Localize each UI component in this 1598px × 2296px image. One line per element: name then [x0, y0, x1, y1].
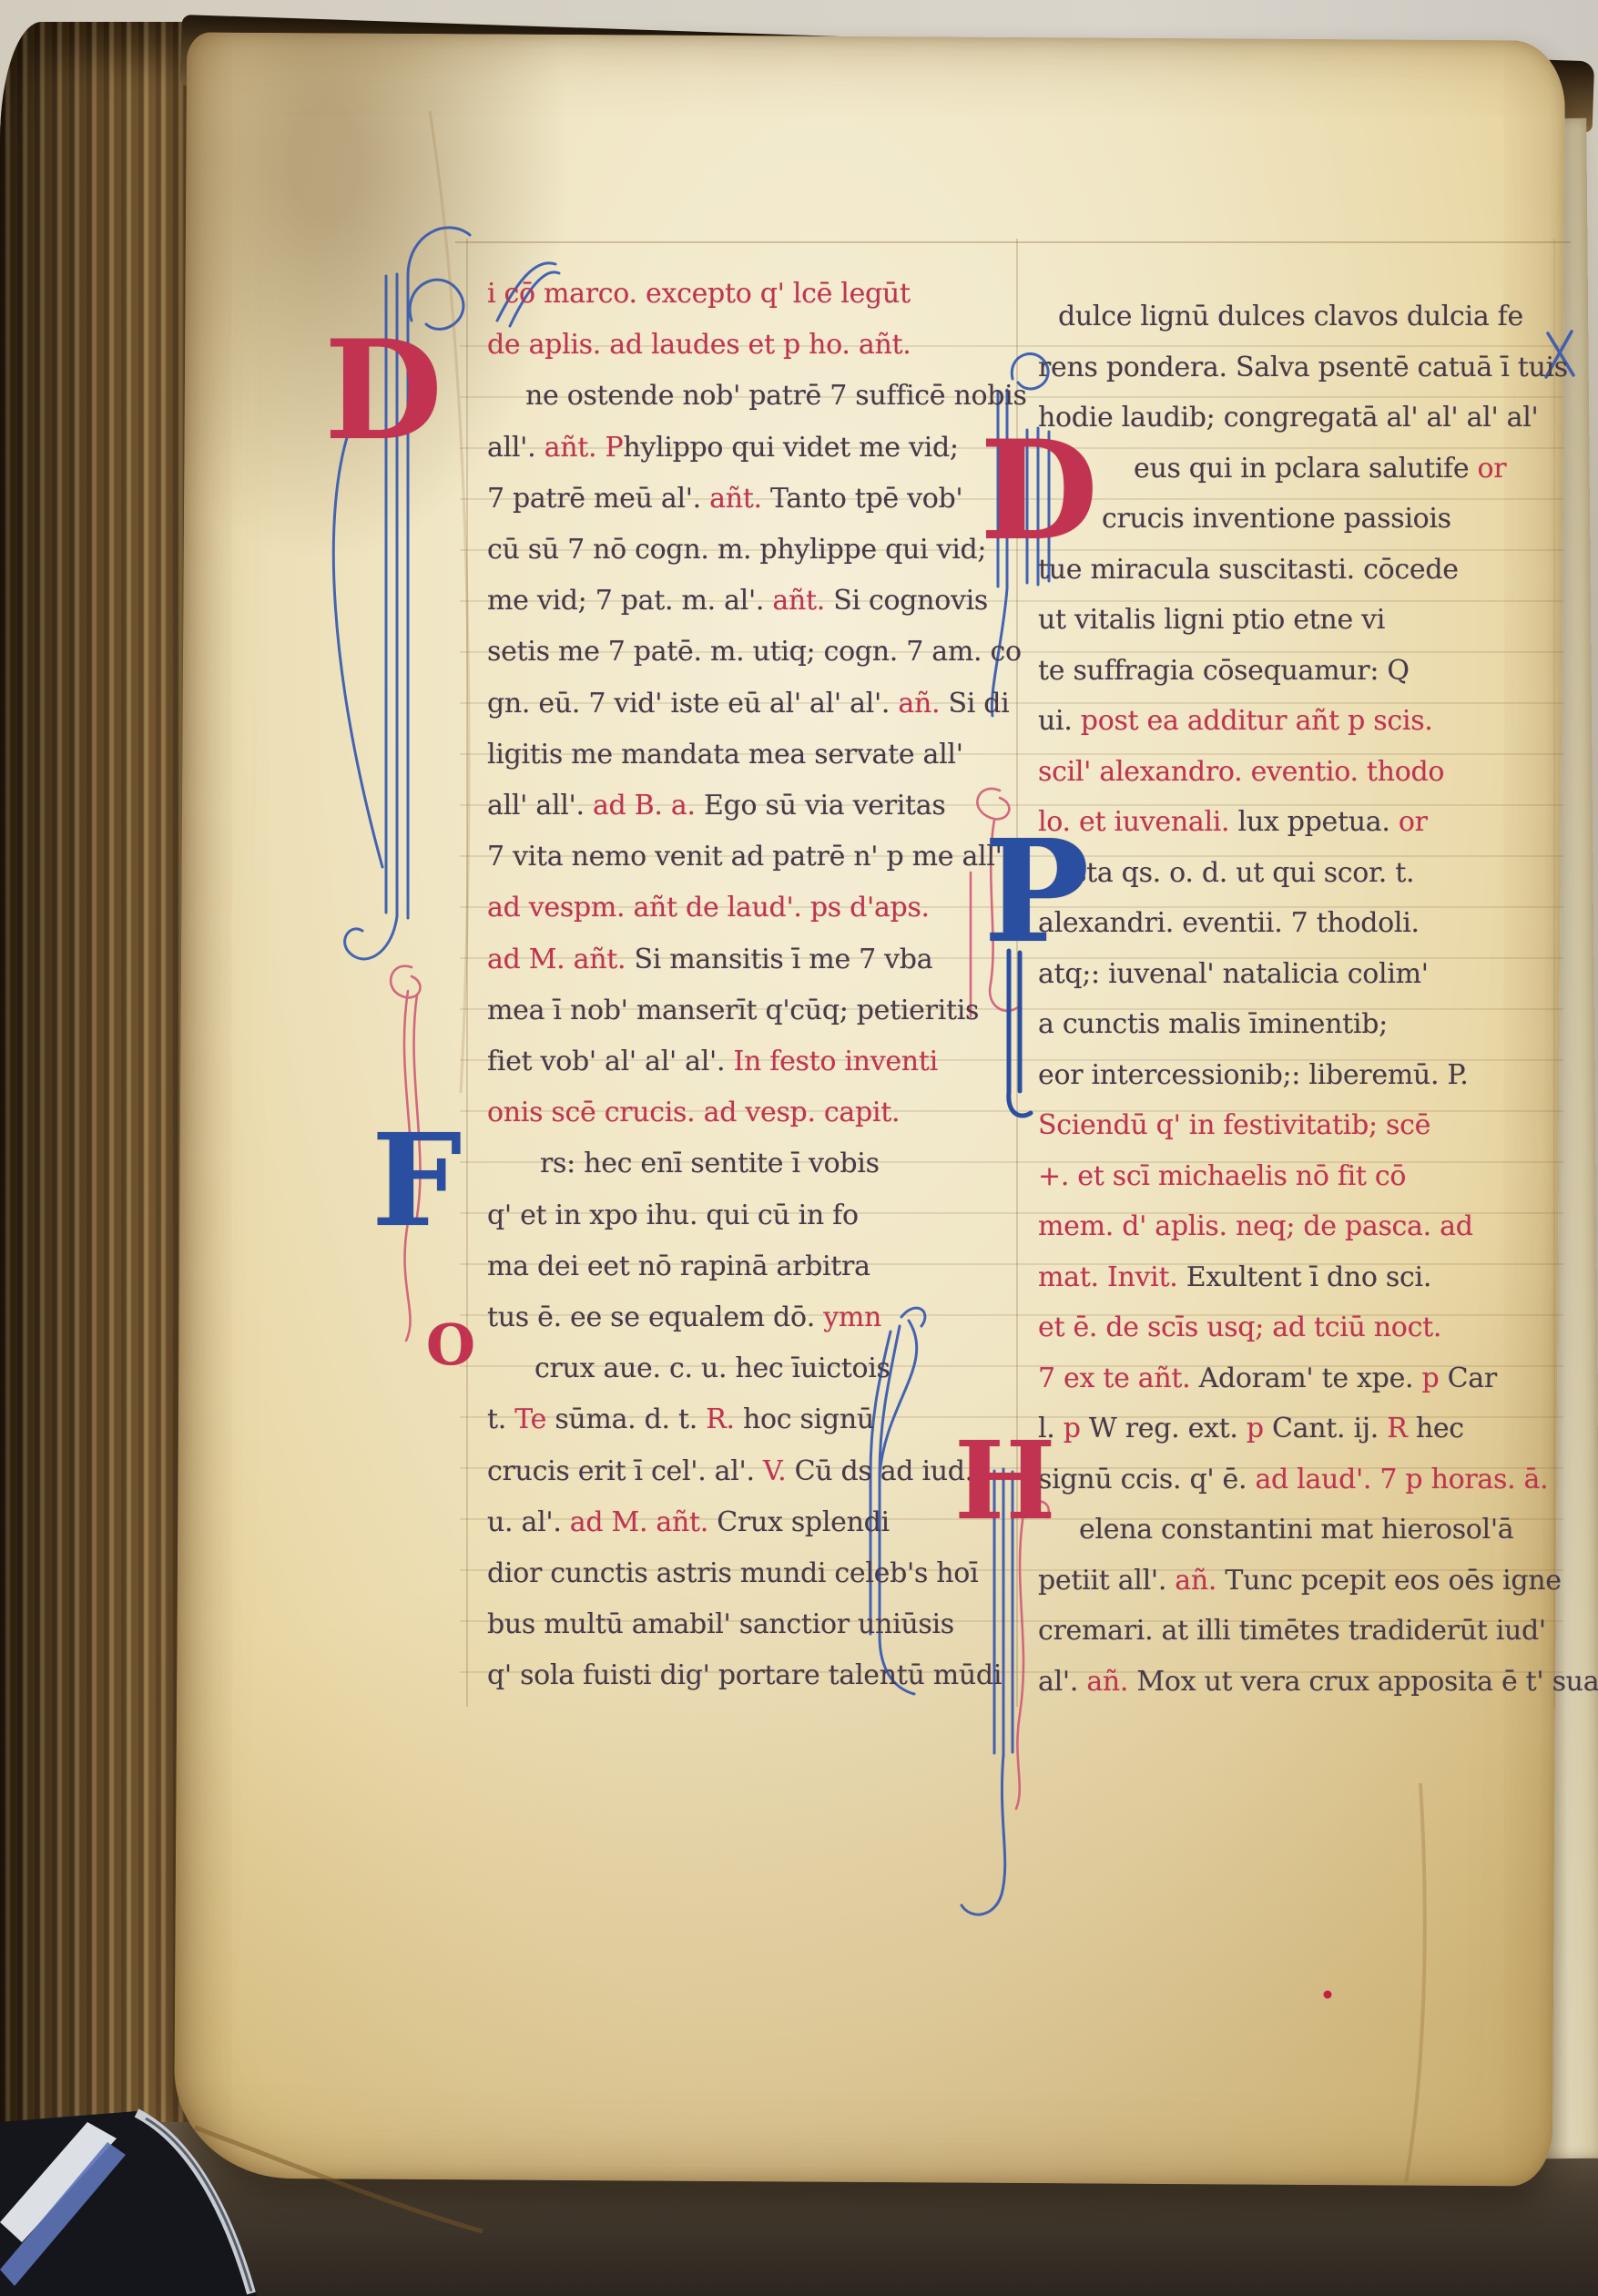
text-run: i cō marco. excepto q' lcē legūt [487, 278, 911, 310]
text-line: all' all'. ad B. a. Ego sū via veritas [487, 785, 945, 827]
text-line: al'. añ. Mox ut vera crux apposita ē t' … [1038, 1661, 1598, 1703]
text-line: ne ostende nob' patrē 7 sufficē nobis [525, 375, 1027, 417]
text-line: fiet vob' al' al' al'. In festo inventi [487, 1041, 938, 1083]
text-run: p [1064, 1413, 1089, 1444]
text-run: ad B. a. [593, 790, 704, 821]
text-line: +. et scī michaelis nō fit cō [1038, 1156, 1406, 1198]
text-run: hodie laudib; congregatā al' al' al' al' [1038, 402, 1539, 434]
text-line: l. p W reg. ext. p Cant. ij. R hec [1038, 1408, 1464, 1450]
text-line: scil' alexandro. eventio. thodo [1038, 751, 1444, 793]
text-line: hodie laudib; congregatā al' al' al' al' [1038, 397, 1539, 439]
illuminated-initial-D: D [980, 435, 1098, 547]
text-line: petiit all'. añ. Tunc pcepit eos oēs ign… [1038, 1560, 1562, 1602]
text-run: Mox ut vera crux apposita ē t' sua [1136, 1666, 1598, 1698]
text-line: setis me 7 patē. m. utiq; cogn. 7 am. co [487, 631, 1022, 673]
text-line: atq;: iuvenal' natalicia colim' [1038, 954, 1429, 995]
text-line: signū ccis. q' ē. ad laud'. 7 p horas. ā… [1038, 1459, 1548, 1501]
text-run: Cū ds ad iud. [795, 1455, 973, 1487]
text-run: Adoram' te xpe. [1199, 1362, 1422, 1394]
text-run: Exultent ī dno sci. [1186, 1261, 1431, 1293]
text-line: rs: hec enī sentite ī vobis [540, 1143, 880, 1185]
text-line: dulce lignū dulces clavos dulcia fe [1058, 296, 1523, 338]
text-line: mat. Invit. Exultent ī dno sci. [1038, 1257, 1431, 1299]
text-run: sūma. d. t. [555, 1403, 706, 1435]
text-run: crux aue. c. u. hec īuictois [534, 1352, 891, 1384]
text-run: R. [706, 1403, 743, 1435]
text-run: elena constantini mat hierosol'ā [1079, 1514, 1513, 1546]
text-run: Crux splendi [717, 1506, 890, 1538]
illuminated-initial-H: H [954, 1437, 1056, 1526]
illuminated-initial-O: O [426, 1322, 475, 1369]
text-run: hoc signū [743, 1403, 874, 1435]
text-run: mat. Invit. [1038, 1261, 1186, 1293]
text-run: q' et in xpo ihu. qui cū in fo [487, 1199, 859, 1231]
text-run: all'. [487, 432, 545, 464]
text-run: tus ē. ee se equalem dō. [487, 1301, 823, 1333]
text-line: dior cunctis astris mundi celeb's hoī [487, 1553, 978, 1595]
text-line: Sciendū q' in festivitatib; scē [1038, 1105, 1430, 1147]
text-line: tue miracula suscitasti. cōcede [1038, 549, 1459, 591]
text-run: rs: hec enī sentite ī vobis [540, 1148, 880, 1179]
text-run: Si mansitis ī me 7 vba [634, 944, 932, 975]
ruling-vertical-right [1553, 239, 1555, 1707]
text-run: rens pondera. Salva psentē catuā ī tuis [1038, 352, 1568, 383]
text-run: ne ostende nob' patrē 7 sufficē nobis [525, 380, 1027, 412]
text-run: In festo inventi [733, 1046, 937, 1077]
text-line: ad M. añt. Si mansitis ī me 7 vba [487, 939, 932, 981]
text-line: crucis inventione passiois [1102, 498, 1451, 540]
text-run: mea ī nob' manserīt q'cūq; petieritis [487, 995, 979, 1026]
text-run: t. [487, 1403, 514, 1435]
ruling-top-line [455, 241, 1571, 243]
text-run: cremari. at illi timētes tradiderūt iud' [1038, 1615, 1546, 1647]
text-line: onis scē crucis. ad vesp. capit. [487, 1092, 900, 1134]
text-line: cū sū 7 nō cogn. m. phylippe qui vid; [487, 529, 986, 571]
text-run: eor intercessionib;: liberemū. P. [1038, 1059, 1468, 1091]
text-run: mem. d' aplis. neq; de pasca. ad [1038, 1210, 1473, 1242]
text-run: dior cunctis astris mundi celeb's hoī [487, 1557, 978, 1589]
text-run: Cant. ij. [1272, 1413, 1387, 1444]
text-run: añt. [772, 585, 833, 617]
text-line: ligitis me mandata mea servate all' [487, 734, 963, 776]
text-line: bus multū amabil' sanctior uniūsis [487, 1604, 954, 1646]
text-run: a cunctis malis īminentib; [1038, 1008, 1388, 1040]
text-line: mem. d' aplis. neq; de pasca. ad [1038, 1206, 1473, 1248]
text-run: W reg. ext. [1089, 1413, 1247, 1444]
text-line: 7 patrē meū al'. añt. Tanto tpē vob' [487, 478, 962, 520]
text-run: Te [514, 1403, 555, 1435]
text-run: añ. [1086, 1666, 1136, 1698]
text-line: cremari. at illi timētes tradiderūt iud' [1038, 1610, 1546, 1652]
text-line: t. Te sūma. d. t. R. hoc signū [487, 1399, 874, 1441]
text-line: eor intercessionib;: liberemū. P. [1038, 1055, 1468, 1097]
text-run: ut vitalis ligni ptio etne vi [1038, 604, 1385, 636]
text-line: ad vespm. añt de laud'. ps d'aps. [487, 887, 930, 929]
text-run: Tunc pcepit eos oēs igne [1225, 1565, 1561, 1597]
text-line: 7 vita nemo venit ad patrē n' p me all' [487, 836, 1003, 878]
text-line: a cunctis malis īminentib; [1038, 1004, 1388, 1046]
text-line: rens pondera. Salva psentē catuā ī tuis [1038, 347, 1568, 389]
text-line: mea ī nob' manserīt q'cūq; petieritis [487, 990, 979, 1032]
text-run: 7 vita nemo venit ad patrē n' p me all' [487, 841, 1003, 872]
text-run: crucis inventione passiois [1102, 503, 1451, 535]
text-run: alexandri. eventii. 7 thodoli. [1038, 907, 1420, 939]
text-run: all' all'. [487, 790, 593, 821]
text-run: Tanto tpē vob' [770, 483, 962, 515]
text-line: crux aue. c. u. hec īuictois [534, 1348, 891, 1390]
text-run: V. [763, 1455, 795, 1487]
text-line: q' et in xpo ihu. qui cū in fo [487, 1195, 859, 1237]
text-run: ad M. añt. [570, 1506, 717, 1538]
illuminated-initial-P: P [983, 833, 1090, 949]
text-run: dulce lignū dulces clavos dulcia fe [1058, 301, 1523, 332]
text-line: i cō marco. excepto q' lcē legūt [487, 273, 911, 315]
text-run: añ. [1175, 1565, 1225, 1597]
text-run: ad laud'. 7 p horas. ā. [1255, 1464, 1548, 1495]
text-run: sta qs. o. d. ut qui scor. t. [1073, 857, 1414, 889]
text-run: 7 ex te añt. [1038, 1362, 1199, 1394]
text-line: gn. eū. 7 vid' iste eū al' al' al'. añ. … [487, 683, 1009, 725]
text-run: ui. [1038, 705, 1081, 737]
text-line: me vid; 7 pat. m. al'. añt. Si cognovis [487, 580, 988, 622]
illuminated-initial-D: D [324, 335, 443, 447]
text-run: hylippo qui videt me vid; [623, 432, 958, 464]
text-line: crucis erit ī cel'. al'. V. Cū ds ad iud… [487, 1451, 973, 1493]
text-run: onis scē crucis. ad vesp. capit. [487, 1097, 900, 1128]
text-run: gn. eū. 7 vid' iste eū al' al' al'. [487, 688, 898, 719]
text-run: P [605, 432, 623, 464]
text-line: u. al'. ad M. añt. Crux splendi [487, 1502, 890, 1544]
text-run: p [1422, 1362, 1448, 1394]
text-run: scil' alexandro. eventio. thodo [1038, 756, 1444, 788]
text-run: eus qui in pclara salutife [1134, 453, 1478, 485]
text-run: añt. [545, 432, 606, 464]
text-run: or [1478, 453, 1507, 485]
text-run: or [1399, 806, 1428, 838]
text-line: tus ē. ee se equalem dō. ymn [487, 1297, 881, 1339]
text-run: ma dei eet nō rapinā arbitra [487, 1250, 870, 1282]
text-run: añ. [898, 688, 948, 719]
text-run: fiet vob' al' al' al'. [487, 1046, 733, 1077]
text-run: p [1247, 1413, 1272, 1444]
text-run: te suffragia cōsequamur: Q [1038, 655, 1410, 687]
text-run: tue miracula suscitasti. cōcede [1038, 554, 1459, 586]
text-line: ui. post ea additur añt p scis. [1038, 700, 1433, 742]
ruling-vertical-left [466, 239, 468, 1707]
text-line: sta qs. o. d. ut qui scor. t. [1073, 852, 1414, 894]
text-run: setis me 7 patē. m. utiq; cogn. 7 am. co [487, 636, 1022, 668]
text-run: ligitis me mandata mea servate all' [487, 739, 963, 770]
text-line: ma dei eet nō rapinā arbitra [487, 1246, 870, 1288]
text-run: lux ppetua. [1238, 806, 1399, 838]
text-run: u. al'. [487, 1506, 570, 1538]
text-run: Sciendū q' in festivitatib; scē [1038, 1109, 1430, 1141]
text-run: petiit all'. [1038, 1565, 1175, 1597]
text-run: ymn [823, 1301, 881, 1333]
text-run: post ea additur añt p scis. [1081, 705, 1433, 737]
text-run: Car [1448, 1362, 1497, 1394]
text-run: R [1387, 1413, 1416, 1444]
text-line: ut vitalis ligni ptio etne vi [1038, 599, 1385, 641]
text-run: bus multū amabil' sanctior uniūsis [487, 1608, 954, 1640]
text-run: signū ccis. q' ē. [1038, 1464, 1255, 1495]
text-line: eus qui in pclara salutife or [1134, 448, 1506, 490]
manuscript-photo: i cō marco. excepto q' lcē legūtde aplis… [0, 0, 1598, 2296]
text-line: lo. et iuvenali. lux ppetua. or [1038, 801, 1428, 843]
text-line: alexandri. eventii. 7 thodoli. [1038, 903, 1420, 944]
text-run: Ego sū via veritas [704, 790, 946, 821]
text-run: Si di [948, 688, 1009, 719]
illuminated-initial-F: F [372, 1129, 462, 1234]
text-line: all'. añt. Phylippo qui videt me vid; [487, 427, 959, 469]
text-run: Si cognovis [833, 585, 988, 617]
text-line: 7 ex te añt. Adoram' te xpe. p Car [1038, 1358, 1497, 1400]
text-line: elena constantini mat hierosol'ā [1079, 1509, 1513, 1551]
text-run: crucis erit ī cel'. al'. [487, 1455, 763, 1487]
text-run: al'. [1038, 1666, 1086, 1698]
text-run: ad M. añt. [487, 944, 634, 975]
text-line: de aplis. ad laudes et p ho. añt. [487, 324, 911, 366]
text-run: de aplis. ad laudes et p ho. añt. [487, 329, 911, 361]
text-run: +. et scī michaelis nō fit cō [1038, 1160, 1406, 1192]
text-line: q' sola fuisti dig' portare talentū mūdi [487, 1655, 1002, 1697]
text-run: cū sū 7 nō cogn. m. phylippe qui vid; [487, 534, 986, 566]
text-run: hec [1416, 1413, 1464, 1444]
text-line: et ē. de scīs usq; ad tciū noct. [1038, 1307, 1441, 1349]
text-run: ad vespm. añt de laud'. ps d'aps. [487, 892, 930, 924]
text-run: et ē. de scīs usq; ad tciū noct. [1038, 1311, 1441, 1343]
text-run: 7 patrē meū al'. [487, 483, 709, 515]
text-run: añt. [709, 483, 770, 515]
text-line: te suffragia cōsequamur: Q [1038, 650, 1410, 692]
text-run: me vid; 7 pat. m. al'. [487, 585, 772, 617]
text-run: q' sola fuisti dig' portare talentū mūdi [487, 1659, 1002, 1691]
text-run: atq;: iuvenal' natalicia colim' [1038, 958, 1429, 990]
